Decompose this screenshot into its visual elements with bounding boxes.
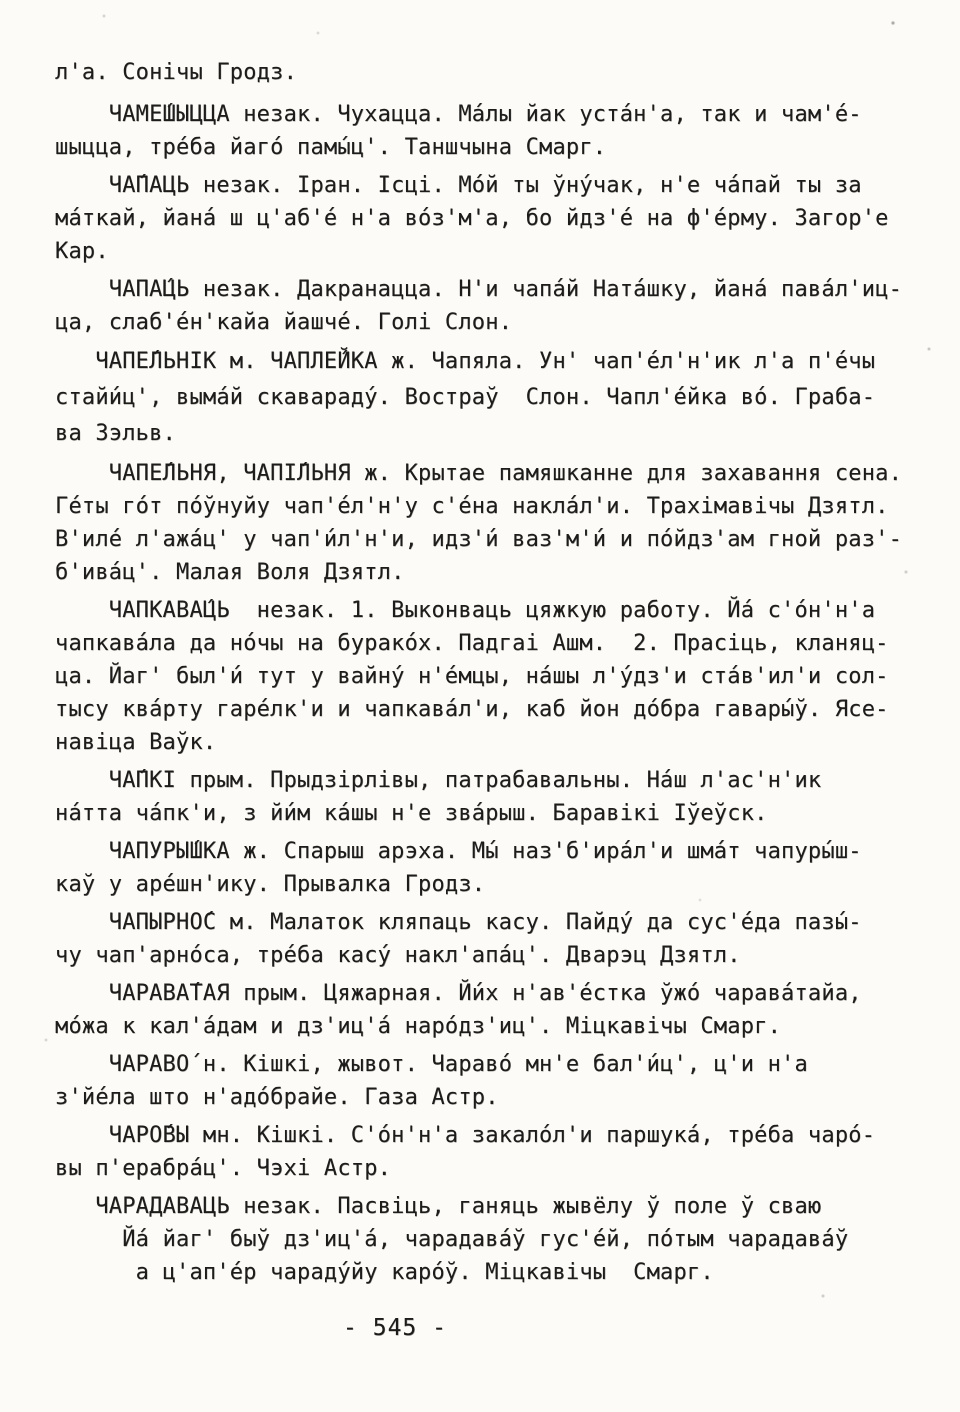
dict-entry-chapelnya: ЧАПЕ́ЛЬНЯ, ЧАПІ́ЛЬНЯ ж. Крытае памяшканн… [55, 457, 932, 589]
scanned-dictionary-page: л'а. Сонічы Гродз. ЧАМЕ́ШЫЦЦА незак. Чух… [0, 0, 960, 1412]
page-number-row: - 545 - [55, 1315, 735, 1341]
dict-entry-chapac-dakranacca: ЧАПА́ЦЬ незак. Дакранацца. Н'и чапа́й На… [55, 273, 932, 339]
page-number: - 545 - [343, 1315, 447, 1341]
dict-entry-charavo: ЧАРАВО́ н. Кішкі, жывот. Чараво́ мн'е ба… [55, 1048, 932, 1114]
dict-entry-chapki: ЧА́ПКІ прым. Прыдзірлівы, патрабавальны.… [55, 764, 932, 830]
dict-entry-charavataya: ЧАРАВА́ТАЯ прым. Цяжарная. Йи́х н'ав'е́с… [55, 977, 932, 1043]
dict-entry-chapkavac: ЧАПКАВА́ЦЬ незак. 1. Выконваць цяжкую ра… [55, 594, 932, 759]
dict-entry-charovy: ЧАРО́ВЫ мн. Кішкі. С'о́н'н'а закало́л'и … [55, 1119, 932, 1185]
dict-entry-chapelnik: ЧАПЕ́ЛЬНІК м. ЧАПЛЕ́ЙКА ж. Чапяла. Ун' ч… [55, 344, 932, 452]
dict-entry-chapuryshka: ЧАПУРЫ́ШКА ж. Спарыш арэха. Мы́ наз'б'ир… [55, 835, 932, 901]
dict-entry-chameshycca: ЧАМЕ́ШЫЦЦА незак. Чухацца. Ма́лы йак уст… [55, 98, 932, 164]
dict-entry-charadavac: ЧАРАДАВАЦЬ незак. Пасвіць, ганяць жывёлу… [55, 1190, 932, 1289]
dict-entry-chapac-iran: ЧА́ПАЦЬ незак. Іран. Ісці. Мо́й ты ўну́ч… [55, 169, 932, 268]
dict-entry-chapyrnos: ЧАПЫРНО́С м. Малаток кляпаць касу. Пайду… [55, 906, 932, 972]
continuation-line: л'а. Сонічы Гродз. [55, 56, 932, 89]
